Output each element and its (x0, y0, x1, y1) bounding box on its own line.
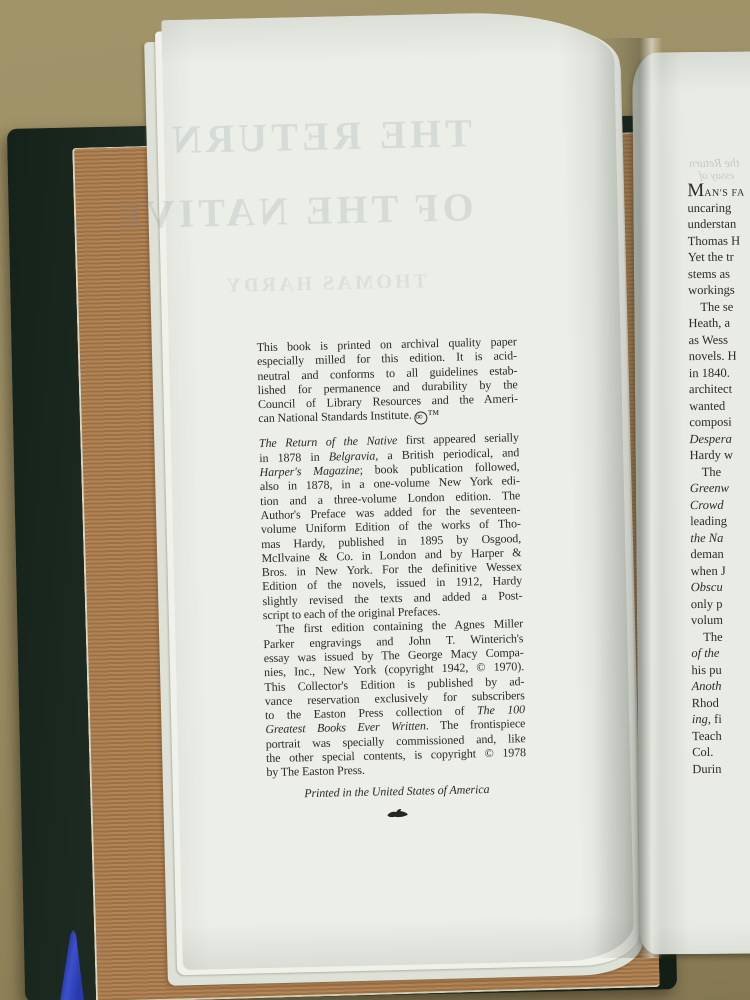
essay-text-line: ing, fi (692, 710, 750, 728)
essay-text-line: only p (691, 594, 750, 612)
right-page: the Return essay of MAN'S FAuncaringunde… (632, 51, 750, 954)
printed-in-usa-line: Printed in the United States of America (267, 781, 527, 801)
essay-text-line: leading (690, 512, 750, 530)
text-segment: uncaring (687, 200, 731, 214)
essay-text-line: stems as (688, 264, 750, 282)
text-segment: architect (689, 382, 732, 396)
essay-text-line: MAN'S FA (687, 182, 750, 200)
essay-text-line: Rhod (692, 693, 750, 711)
text-segment: fi (711, 712, 722, 726)
text-segment: volum (691, 613, 723, 627)
text-segment: composi (689, 415, 731, 429)
essay-text-line: Durin (692, 759, 750, 777)
text-segment: The 100 (477, 702, 525, 717)
text-segment: Heath, a (688, 316, 730, 330)
text-segment: The (702, 464, 722, 478)
text-segment: Hardy w (690, 448, 734, 462)
essay-text-line: understan (687, 215, 750, 233)
essay-text-line: The (690, 462, 750, 480)
essay-text-line: Crowd (690, 495, 750, 513)
text-segment: M (687, 180, 704, 201)
copyright-paragraphs: This book is printed on archival quality… (257, 334, 527, 779)
essay-text-line: Thomas H (688, 231, 750, 249)
text-segment: AN'S FA (704, 188, 745, 199)
essay-text-line: Teach (692, 726, 750, 744)
printers-ornament-bird-icon (267, 804, 527, 826)
essay-text-line: wanted (689, 396, 750, 414)
essay-text-line: of the (691, 644, 750, 662)
show-through-title-line2: OF THE NATIVE (173, 183, 474, 237)
essay-text-line: composi (689, 413, 750, 431)
text-segment: Teach (692, 728, 722, 742)
essay-text-line: uncaring (687, 198, 750, 216)
text-segment: Greenw (690, 481, 729, 495)
text-segment: workings (688, 283, 735, 297)
essay-text-line: the Na (690, 528, 750, 546)
essay-text-line: The se (688, 297, 750, 315)
essay-text-line: Heath, a (688, 314, 750, 332)
essay-text-line: novels. H (689, 347, 750, 365)
essay-text-line: Anoth (692, 677, 750, 695)
essay-text-line: Despera (689, 429, 750, 447)
text-segment: wanted (689, 398, 725, 412)
essay-text-line: his pu (691, 660, 750, 678)
photo-open-book: { "scene": { "background_color": "#9d8f6… (0, 0, 750, 1000)
copyright-page-text: This book is printed on archival quality… (257, 334, 528, 826)
text-segment: the Na (690, 530, 723, 544)
essay-text-line: volum (691, 611, 750, 629)
essay-text-column: MAN'S FAuncaringunderstanThomas HYet the… (687, 182, 750, 777)
left-page: THE RETURN OF THE NATIVE THOMAS HARDY Th… (161, 10, 634, 970)
text-segment: when J (691, 563, 726, 577)
text-segment: leading (690, 514, 727, 528)
text-segment: understan (688, 217, 737, 231)
text-segment: as Wess (689, 332, 729, 346)
show-through-title-line1: THE RETURN (171, 109, 472, 163)
text-segment: Despera (689, 431, 731, 445)
text-segment: Obscu (691, 580, 723, 594)
text-segment: Durin (692, 761, 721, 775)
text-segment: Col. (692, 745, 713, 759)
text-segment: ∞ (414, 412, 427, 425)
text-segment: Crowd (690, 497, 724, 511)
essay-text-line: Yet the tr (688, 248, 750, 266)
essay-text-line: Hardy w (690, 446, 750, 464)
text-segment: deman (690, 547, 723, 561)
text-segment: in 1878 in (259, 449, 329, 465)
essay-text-line: The (691, 627, 750, 645)
text-segment: novels. H (689, 349, 737, 363)
right-show-through-line2: essay of (699, 170, 734, 182)
text-segment: Rhod (692, 695, 719, 709)
text-segment: only p (691, 596, 723, 610)
essay-text-line: when J (691, 561, 750, 579)
text-segment: his pu (691, 662, 721, 676)
text-segment: The (703, 629, 723, 643)
text-segment: Belgravia (329, 448, 376, 463)
essay-text-line: Greenw (690, 479, 750, 497)
text-segment: can National Standards Institute. (258, 408, 415, 426)
text-segment: The se (700, 299, 733, 313)
essay-text-line: deman (690, 545, 750, 563)
essay-text-line: Col. (692, 743, 750, 761)
text-segment: Anoth (692, 679, 722, 693)
text-segment: Yet the tr (688, 250, 734, 264)
text-segment: in 1840. (689, 365, 730, 379)
essay-text-line: in 1840. (689, 363, 750, 381)
text-segment: Thomas H (688, 233, 741, 247)
text-segment: by The Easton Press. (266, 763, 365, 779)
text-segment: ing, (692, 712, 711, 726)
text-segment: stems as (688, 266, 730, 280)
text-segment: of the (691, 646, 719, 660)
text-segment: ™ (427, 408, 439, 422)
essay-text-line: architect (689, 380, 750, 398)
essay-text-line: workings (688, 281, 750, 299)
show-through-author: THOMAS HARDY (175, 269, 475, 299)
essay-text-line: Obscu (691, 578, 750, 596)
essay-text-line: as Wess (689, 330, 750, 348)
